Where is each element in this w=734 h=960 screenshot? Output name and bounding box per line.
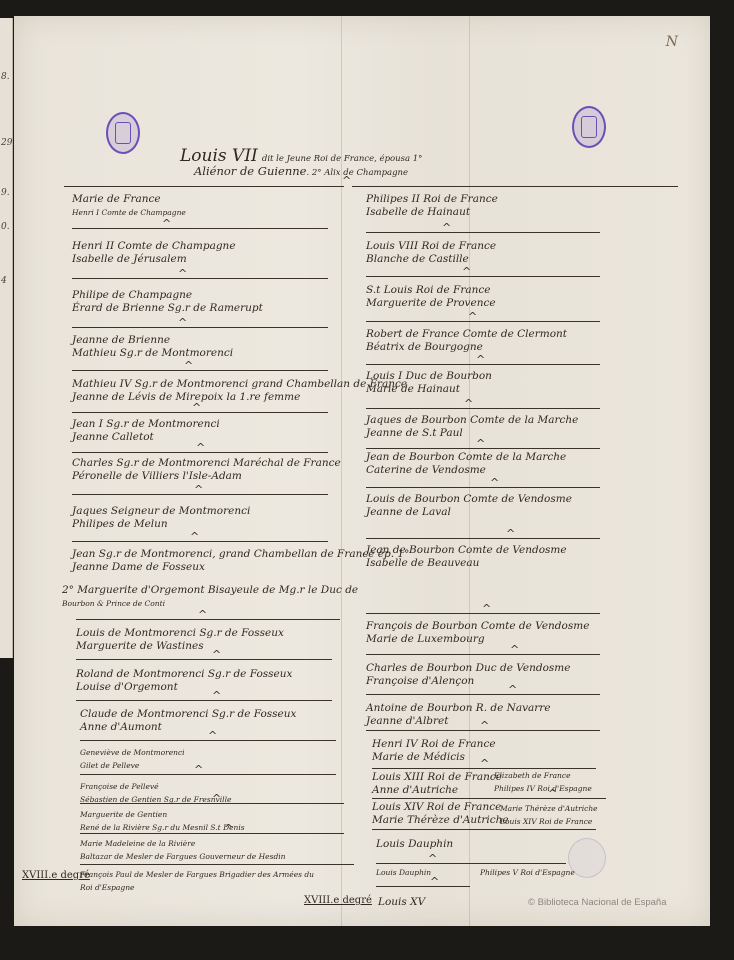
lineage-entry: Marguerite de GentienRené de la Rivière … bbox=[80, 808, 245, 834]
generation-label-center: XVIII.e degré bbox=[304, 895, 372, 906]
lineage-entry: Philipes V Roi d'Espagne bbox=[480, 866, 575, 879]
bracket-peak: ^ bbox=[190, 532, 199, 542]
lineage-entry: Jean de Bourbon Comte de VendosmeIsabell… bbox=[366, 544, 567, 570]
bracket-line bbox=[72, 541, 328, 542]
bracket-line bbox=[352, 186, 678, 187]
bracket-peak: ^ bbox=[178, 269, 187, 279]
lineage-entry: Philipe de ChampagneÉrard de Brienne Sg.… bbox=[72, 289, 263, 315]
bracket-peak: ^ bbox=[212, 794, 221, 804]
bracket-peak: ^ bbox=[510, 645, 519, 655]
generation-label-left: XVIII.e degré bbox=[22, 870, 90, 881]
bracket-peak: ^ bbox=[208, 731, 217, 741]
lineage-entry: François Paul de Mesler de Fargues Briga… bbox=[80, 868, 314, 894]
lineage-entry: Jean Sg.r de Montmorenci, grand Chambell… bbox=[72, 548, 409, 574]
bracket-line bbox=[366, 538, 600, 539]
lineage-entry: Charles de Bourbon Duc de VendosmeFranço… bbox=[366, 662, 570, 688]
bracket-peak: ^ bbox=[194, 765, 203, 775]
bracket-peak: ^ bbox=[342, 176, 351, 186]
bracket-peak: ^ bbox=[462, 267, 471, 277]
bracket-peak: ^ bbox=[464, 399, 473, 409]
lineage-entry: Louis Dauphin bbox=[376, 838, 453, 851]
bracket-peak: ^ bbox=[428, 854, 437, 864]
bracket-peak: ^ bbox=[442, 223, 451, 233]
bracket-line bbox=[376, 863, 566, 864]
bracket-peak: ^ bbox=[480, 759, 489, 769]
lineage-entry: Philipes II Roi de FranceIsabelle de Hai… bbox=[366, 193, 498, 219]
bracket-line bbox=[64, 186, 344, 187]
lineage-entry: Louis Dauphin bbox=[376, 866, 431, 879]
lineage-entry: Charles Sg.r de Montmorenci Maréchal de … bbox=[72, 457, 341, 483]
bracket-peak: ^ bbox=[490, 478, 499, 488]
lineage-entry: Geneviève de MontmorenciGilet de Pelleve bbox=[80, 746, 185, 772]
lineage-entry: François de Bourbon Comte de VendosmeMar… bbox=[366, 620, 589, 646]
library-stamp-icon bbox=[572, 106, 606, 148]
bracket-peak: ^ bbox=[162, 219, 171, 229]
lineage-entry: 2° Marguerite d'Orgemont Bisayeule de Mg… bbox=[62, 584, 358, 610]
lineage-entry: Louis XV bbox=[378, 896, 425, 909]
lineage-entry: S.t Louis Roi de FranceMarguerite de Pro… bbox=[366, 284, 496, 310]
bracket-line bbox=[80, 774, 336, 775]
bracket-line bbox=[72, 278, 328, 279]
bracket-peak: ^ bbox=[194, 485, 203, 495]
bracket-line bbox=[372, 829, 596, 830]
bracket-peak: ^ bbox=[508, 685, 517, 695]
folio-mark: N bbox=[666, 34, 678, 50]
lineage-entry: Louis de Bourbon Comte de VendosmeJeanne… bbox=[366, 493, 572, 519]
lineage-entry: Louis XIII Roi de FranceAnne d'Autriche bbox=[372, 771, 502, 797]
lineage-entry: Louis XIV Roi de FranceMarie Thérèze d'A… bbox=[372, 801, 509, 827]
lineage-entry: Marie de FranceHenri I Comte de Champagn… bbox=[72, 193, 186, 219]
lineage-entry: Marie Madeleine de la RivièreBaltazar de… bbox=[80, 837, 285, 863]
bracket-line bbox=[366, 408, 600, 409]
bracket-peak: ^ bbox=[548, 789, 557, 799]
bracket-peak: ^ bbox=[184, 361, 193, 371]
bracket-peak: ^ bbox=[224, 824, 233, 834]
bracket-line bbox=[366, 654, 600, 655]
bracket-peak: ^ bbox=[192, 403, 201, 413]
lineage-entry: Robert de France Comte de ClermontBéatri… bbox=[366, 328, 567, 354]
lineage-entry: Jeanne de BrienneMathieu Sg.r de Montmor… bbox=[72, 334, 233, 360]
margin-number: 8. bbox=[1, 72, 10, 82]
bracket-line bbox=[376, 886, 470, 887]
lineage-entry: Marie Thérèze d'AutricheLouis XIV Roi de… bbox=[500, 802, 598, 828]
bracket-peak: ^ bbox=[506, 529, 515, 539]
lineage-entry: Antoine de Bourbon R. de NavarreJeanne d… bbox=[366, 702, 551, 728]
bracket-line bbox=[72, 370, 328, 371]
lineage-entry: Roland de Montmorenci Sg.r de FosseuxLou… bbox=[76, 668, 292, 694]
lineage-entry: Mathieu IV Sg.r de Montmorenci grand Cha… bbox=[72, 378, 407, 404]
bracket-line bbox=[80, 864, 354, 865]
lineage-entry: Jaques Seigneur de MontmorenciPhilipes d… bbox=[72, 505, 250, 531]
bracket-line bbox=[80, 833, 344, 834]
bracket-peak: ^ bbox=[178, 318, 187, 328]
bracket-peak: ^ bbox=[480, 721, 489, 731]
bracket-line bbox=[366, 321, 600, 322]
bracket-peak: ^ bbox=[482, 604, 491, 614]
bracket-line bbox=[76, 659, 332, 660]
copyright-watermark: © Biblioteca Nacional de España bbox=[528, 897, 667, 908]
bracket-line bbox=[366, 694, 600, 695]
bracket-peak: ^ bbox=[430, 877, 439, 887]
margin-number: 4 bbox=[1, 276, 7, 286]
margin-number: 9. bbox=[1, 188, 10, 198]
lineage-entry: Louis de Montmorenci Sg.r de FosseuxMarg… bbox=[76, 627, 284, 653]
bracket-line bbox=[366, 276, 600, 277]
bracket-peak: ^ bbox=[476, 355, 485, 365]
lineage-entry: Louis I Duc de BourbonMarie de Hainaut bbox=[366, 370, 492, 396]
lineage-entry: Henri IV Roi de FranceMarie de Médicis bbox=[372, 738, 496, 764]
lineage-entry: Claude de Montmorenci Sg.r de FosseuxAnn… bbox=[80, 708, 296, 734]
bracket-peak: ^ bbox=[468, 312, 477, 322]
bracket-peak: ^ bbox=[476, 439, 485, 449]
bracket-line bbox=[72, 327, 328, 328]
adjacent-page-edge bbox=[0, 18, 13, 658]
title-name: Louis VII bbox=[180, 146, 258, 166]
bracket-peak: ^ bbox=[198, 610, 207, 620]
bracket-peak: ^ bbox=[196, 443, 205, 453]
bracket-line bbox=[366, 487, 600, 488]
bracket-line bbox=[72, 228, 328, 229]
bracket-line bbox=[76, 700, 332, 701]
bracket-line bbox=[76, 619, 340, 620]
lineage-entry: Elizabeth de FrancePhilipes IV Roi d'Esp… bbox=[494, 769, 592, 795]
bracket-peak: ^ bbox=[212, 691, 221, 701]
library-stamp-icon bbox=[106, 112, 140, 154]
lineage-entry: Jaques de Bourbon Comte de la MarcheJean… bbox=[366, 414, 578, 440]
bracket-peak: ^ bbox=[212, 650, 221, 660]
lineage-entry: Henri II Comte de ChampagneIsabelle de J… bbox=[72, 240, 236, 266]
lineage-entry: Louis VIII Roi de FranceBlanche de Casti… bbox=[366, 240, 496, 266]
margin-number: 0. bbox=[1, 222, 10, 232]
lineage-entry: Jean de Bourbon Comte de la MarcheCateri… bbox=[366, 451, 566, 477]
bracket-line bbox=[366, 232, 600, 233]
